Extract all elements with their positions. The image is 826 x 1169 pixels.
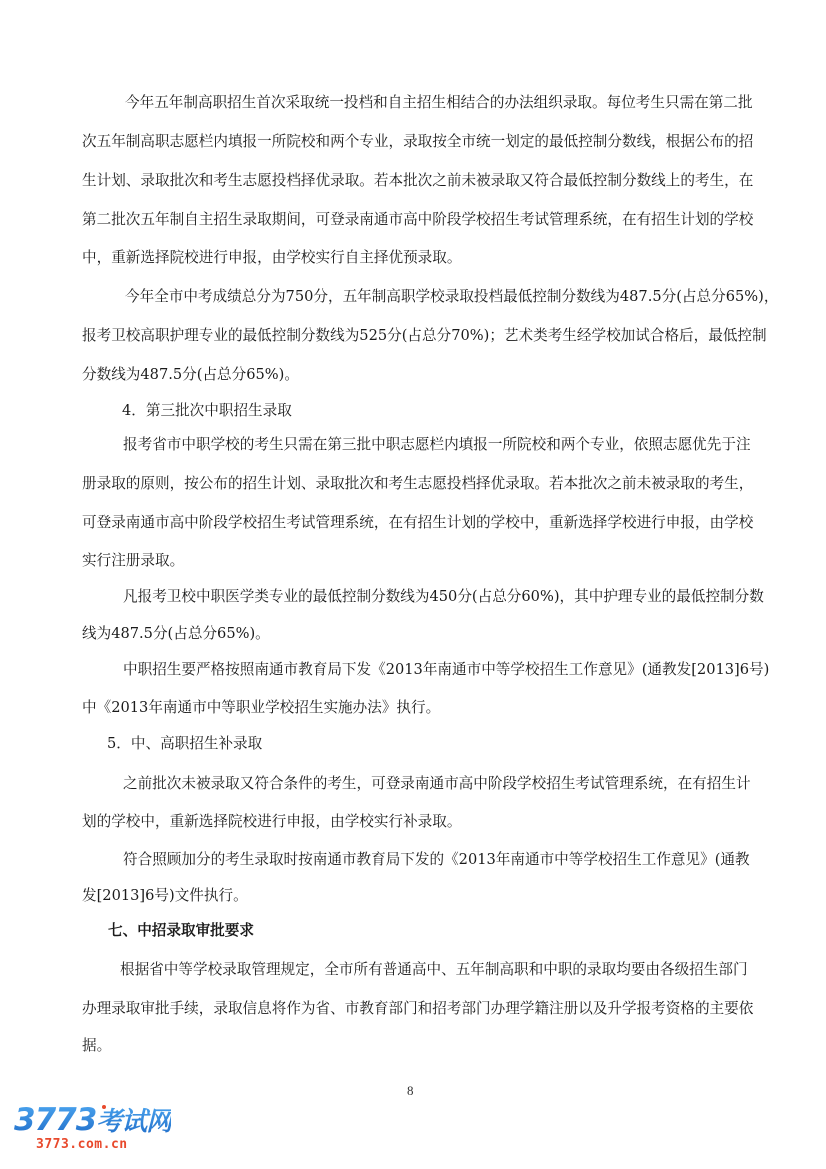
p8-line-1: 根据省中等学校录取管理规定，全市所有普通高中、五年制高职和中职的录取均要由各级招… <box>120 960 747 980</box>
p2-line-2: 报考卫校高职护理专业的最低控制分数线为525分(占总分70%)；艺术类考生经学校… <box>82 326 747 346</box>
p1-line-1: 今年五年制高职招生首次采取统一投档和自主招生相结合的办法组织录取。每位考生只需在… <box>125 93 747 113</box>
p4-line-1: 凡报考卫校中职医学类专业的最低控制分数线为450分(占总分60%)，其中护理专业… <box>123 587 747 607</box>
section-heading-7: 七、中招录取审批要求 <box>108 921 254 941</box>
p1-line-4: 第二批次五年制自主招生录取期间，可登录南通市高中阶段学校招生考试管理系统，在有招… <box>82 210 747 230</box>
p3-line-2: 册录取的原则，按公布的招生计划、录取批次和考生志愿投档择优录取。若本批次之前未被… <box>82 474 747 494</box>
p6-line-1: 之前批次未被录取又符合条件的考生，可登录南通市高中阶段学校招生考试管理系统，在有… <box>123 774 747 794</box>
p6-line-2: 划的学校中，重新选择院校进行申报，由学校实行补录取。 <box>82 812 747 832</box>
logo-dot-icon <box>102 1105 106 1109</box>
p5-line-2: 中《2013年南通市中等职业学校招生实施办法》执行。 <box>82 698 747 718</box>
section-heading-4: 4．第三批次中职招生录取 <box>122 401 292 421</box>
p1-line-3: 生计划、录取批次和考生志愿投档择优录取。若本批次之前未被录取又符合最低控制分数线… <box>82 171 747 191</box>
logo-digits: 3773 <box>14 1102 96 1138</box>
p1-line-5: 中，重新选择院校进行申报，由学校实行自主择优预录取。 <box>82 248 747 268</box>
p8-line-3: 据。 <box>82 1036 747 1056</box>
p4-line-2: 线为487.5分(占总分65%)。 <box>82 624 747 644</box>
p2-line-3: 分数线为487.5分(占总分65%)。 <box>82 365 747 385</box>
logo-url: 3773.com.cn <box>36 1137 128 1153</box>
p7-line-1: 符合照顾加分的考生录取时按南通市教育局下发的《2013年南通市中等学校招生工作意… <box>123 850 747 870</box>
p3-line-1: 报考省市中职学校的考生只需在第三批中职志愿栏内填报一所院校和两个专业，依照志愿优… <box>123 435 747 455</box>
site-logo-watermark: 3773考试网 3773.com.cn <box>14 1104 174 1156</box>
p3-line-3: 可登录南通市高中阶段学校招生考试管理系统，在有招生计划的学校中，重新选择学校进行… <box>82 513 747 533</box>
logo-cn: 考试网 <box>96 1107 171 1137</box>
logo-main-text: 3773考试网 <box>14 1104 171 1138</box>
p5-line-1: 中职招生要严格按照南通市教育局下发《2013年南通市中等学校招生工作意见》(通教… <box>123 660 747 680</box>
p2-line-1: 今年全市中考成绩总分为750分，五年制高职学校录取投档最低控制分数线为487.5… <box>125 287 747 307</box>
page-number: 8 <box>407 1083 414 1099</box>
section-heading-5: 5．中、高职招生补录取 <box>107 734 262 754</box>
p3-line-4: 实行注册录取。 <box>82 551 747 571</box>
p8-line-2: 办理录取审批手续，录取信息将作为省、市教育部门和招考部门办理学籍注册以及升学报考… <box>82 999 747 1019</box>
p7-line-2: 发[2013]6号)文件执行。 <box>82 886 747 906</box>
p1-line-2: 次五年制高职志愿栏内填报一所院校和两个专业，录取按全市统一划定的最低控制分数线，… <box>82 132 747 152</box>
